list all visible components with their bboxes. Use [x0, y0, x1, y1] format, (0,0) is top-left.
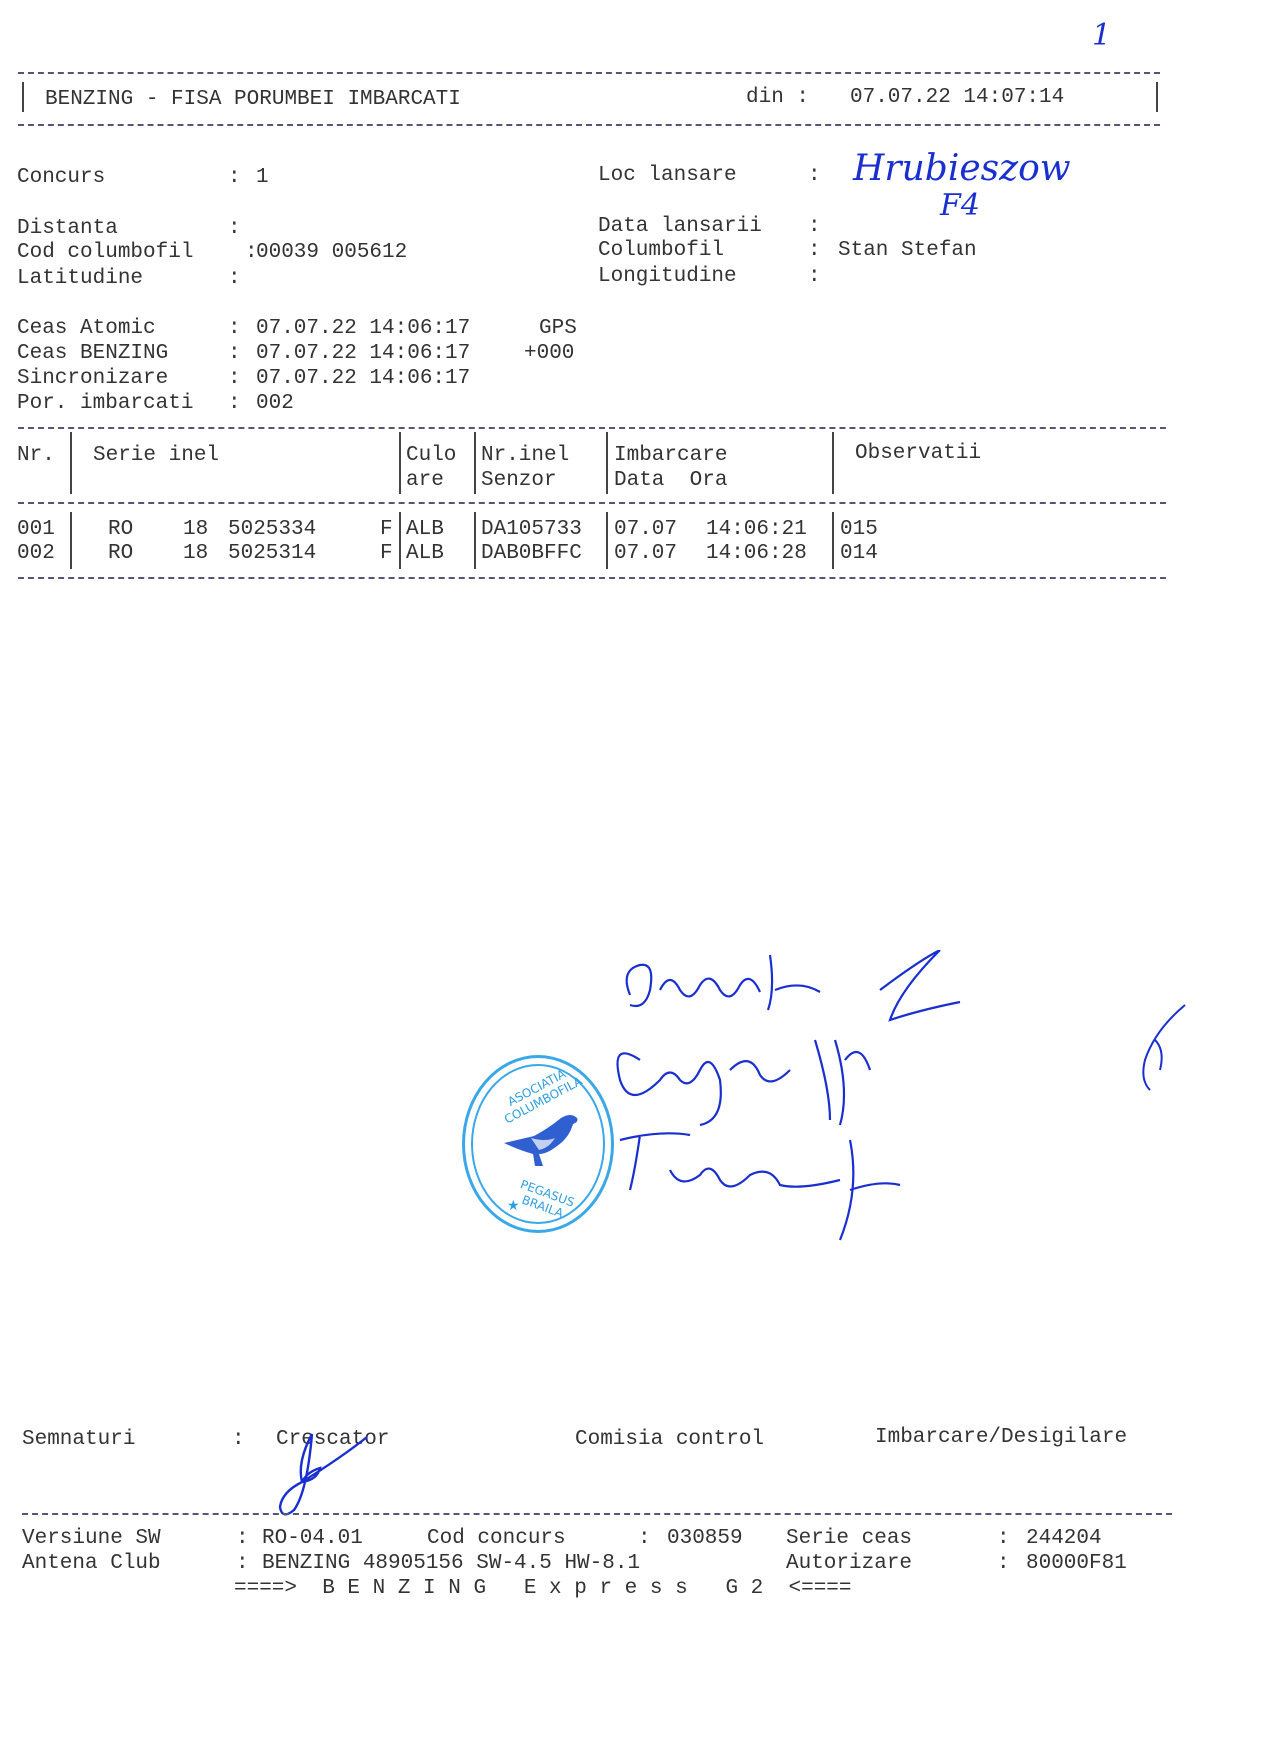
table-bottom-rule: [18, 577, 1166, 579]
data-lansarii-colon: :: [808, 214, 821, 239]
serie-ceas-value: 244204: [1026, 1526, 1102, 1551]
col-sep-nrinel: [606, 432, 608, 494]
row-obs: 014: [840, 541, 878, 566]
row-ring: 5025314: [228, 541, 316, 566]
por-imbarcati-colon: :: [228, 391, 241, 416]
columbofil-colon: :: [808, 238, 821, 263]
header-bottom-rule: [18, 124, 1160, 126]
ceas-atomic-extra: GPS: [539, 316, 577, 341]
header-din-label: din :: [746, 85, 809, 110]
benzing-express-banner: ====> B E N Z I N G E x p r e s s G 2 <=…: [234, 1576, 852, 1601]
row-sep-serie: [399, 512, 401, 569]
crescator-signature: [272, 1432, 402, 1522]
row-sep-nr: [70, 512, 72, 569]
row-year: 18: [183, 517, 208, 542]
imbarcare-desigilare-label: Imbarcare/Desigilare: [875, 1425, 1127, 1450]
star-icon: ★: [507, 1198, 520, 1214]
row-sex: F: [380, 517, 393, 542]
cod-columbofil-value: 00039 005612: [256, 240, 407, 265]
autorizare-label: Autorizare: [786, 1551, 912, 1576]
col-sep-culoare: [474, 432, 476, 494]
ceas-atomic-colon: :: [228, 316, 241, 341]
cod-columbofil-label: Cod columbofil: [17, 240, 193, 265]
columbofil-value: Stan Stefan: [838, 238, 977, 263]
club-stamp: ASOCIATIA COLUMBOFILA PEGASUS BRAILA ★: [462, 1055, 614, 1233]
concurs-label: Concurs: [17, 165, 105, 190]
sincronizare-label: Sincronizare: [17, 366, 168, 391]
header-right-bar: [1156, 82, 1158, 112]
row-year: 18: [183, 541, 208, 566]
cod-concurs-label: Cod concurs: [427, 1526, 566, 1551]
header-din-value: 07.07.22 14:07:14: [850, 85, 1064, 110]
th-nr: Nr.: [17, 443, 55, 468]
th-serie-inel: Serie inel: [93, 443, 219, 468]
th-imbarcare-2: Data Ora: [614, 468, 727, 493]
row-color: ALB: [406, 541, 444, 566]
row-date: 07.07: [614, 541, 677, 566]
distanta-label: Distanta: [17, 216, 118, 241]
ceas-benzing-colon: :: [228, 341, 241, 366]
loc-lansare-colon: :: [808, 163, 821, 188]
row-sep-culoare: [474, 512, 476, 569]
row-color: ALB: [406, 517, 444, 542]
cod-concurs-value: 030859: [667, 1526, 743, 1551]
semnaturi-label: Semnaturi: [22, 1427, 135, 1452]
col-sep-nr: [70, 432, 72, 494]
th-nrinel-1: Nr.inel: [481, 443, 569, 468]
pigeon-icon: [499, 1108, 589, 1178]
row-sep-nrinel: [606, 512, 608, 569]
versiune-sw-label: Versiune SW: [22, 1526, 161, 1551]
row-country: RO: [108, 541, 133, 566]
semnaturi-colon: :: [232, 1427, 245, 1452]
antena-club-colon: :: [236, 1551, 249, 1576]
loc-lansare-label: Loc lansare: [598, 163, 737, 188]
latitudine-colon: :: [228, 266, 241, 291]
col-sep-imbarcare: [832, 432, 834, 494]
row-sensor: DA105733: [481, 517, 582, 542]
concurs-value: 1: [256, 165, 269, 190]
ceas-benzing-label: Ceas BENZING: [17, 341, 168, 366]
th-nrinel-2: Senzor: [481, 468, 557, 493]
latitudine-label: Latitudine: [17, 266, 143, 291]
antena-club-value: BENZING 48905156 SW-4.5 HW-8.1: [262, 1551, 640, 1576]
committee-signatures: [600, 950, 980, 1250]
header-top-rule: [18, 72, 1160, 74]
autorizare-colon: :: [997, 1551, 1010, 1576]
th-imbarcare-1: Imbarcare: [614, 443, 727, 468]
row-nr: 002: [17, 541, 55, 566]
serie-ceas-colon: :: [997, 1526, 1010, 1551]
footer-rule: [22, 1513, 1172, 1515]
row-sep-imbarcare: [832, 512, 834, 569]
comisia-control-label: Comisia control: [575, 1427, 764, 1452]
cod-concurs-colon: :: [638, 1526, 651, 1551]
antena-club-label: Antena Club: [22, 1551, 161, 1576]
th-culoare-2: are: [406, 468, 444, 493]
ceas-benzing-value: 07.07.22 14:06:17: [256, 341, 470, 366]
autorizare-value: 80000F81: [1026, 1551, 1127, 1576]
row-sex: F: [380, 541, 393, 566]
ceas-atomic-value: 07.07.22 14:06:17: [256, 316, 470, 341]
loc-lansare-handwritten: Hrubieszow: [853, 148, 1071, 189]
ceas-atomic-label: Ceas Atomic: [17, 316, 156, 341]
th-culoare-1: Culo: [406, 443, 456, 468]
longitudine-colon: :: [808, 264, 821, 289]
row-sensor: DAB0BFFC: [481, 541, 582, 566]
row-date: 07.07: [614, 517, 677, 542]
th-observatii: Observatii: [855, 441, 981, 466]
serie-ceas-label: Serie ceas: [786, 1526, 912, 1551]
table-header-rule: [18, 502, 1166, 504]
longitudine-label: Longitudine: [598, 264, 737, 289]
por-imbarcati-label: Por. imbarcati: [17, 391, 193, 416]
versiune-sw-value: RO-04.01: [262, 1526, 363, 1551]
table-top-rule: [18, 427, 1166, 429]
row-ring: 5025334: [228, 517, 316, 542]
ceas-benzing-extra: +000: [524, 341, 574, 366]
loc-lansare-handwritten-sub: F4: [940, 188, 980, 223]
row-time: 14:06:21: [706, 517, 807, 542]
versiune-sw-colon: :: [236, 1526, 249, 1551]
page-number-mark: 1: [1092, 18, 1111, 53]
margin-pen-mark: [1135, 1000, 1195, 1100]
columbofil-label: Columbofil: [598, 238, 724, 263]
row-nr: 001: [17, 517, 55, 542]
sincronizare-colon: :: [228, 366, 241, 391]
header-left-bar: [22, 82, 24, 112]
document-title: BENZING - FISA PORUMBEI IMBARCATI: [45, 87, 461, 112]
row-time: 14:06:28: [706, 541, 807, 566]
col-sep-serie: [399, 432, 401, 494]
data-lansarii-label: Data lansarii: [598, 214, 762, 239]
row-country: RO: [108, 517, 133, 542]
sincronizare-value: 07.07.22 14:06:17: [256, 366, 470, 391]
distanta-colon: :: [228, 216, 241, 241]
row-obs: 015: [840, 517, 878, 542]
por-imbarcati-value: 002: [256, 391, 294, 416]
concurs-colon: :: [228, 165, 241, 190]
